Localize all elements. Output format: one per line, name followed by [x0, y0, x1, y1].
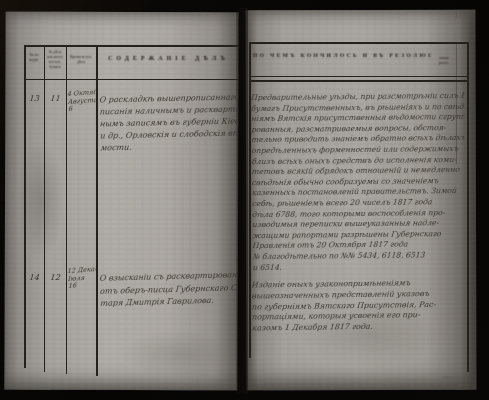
row2-date: 12 Декаб. Іюля 16 — [67, 266, 97, 290]
order-no-value: 13 — [25, 94, 43, 103]
corner-scribble: —⸺ — [442, 372, 459, 382]
book-gutter-shadow — [236, 8, 248, 394]
right-header-underline — [249, 76, 469, 77]
header-note-line: резол. — [432, 60, 456, 65]
right-header-underline-thick — [249, 80, 469, 82]
paper-texture — [4, 12, 238, 391]
row2-order-no: 14 — [26, 273, 43, 282]
column-header-case-no: № дѣла изъ коего поступ. бумага — [45, 49, 65, 69]
right-table-border-line — [467, 42, 469, 372]
row1-order-no: 13 — [26, 94, 43, 103]
column-header-order-no: № по журн. — [25, 52, 43, 62]
left-column-line — [96, 45, 98, 376]
column-header-date: Время вступ. дѣла — [67, 54, 95, 64]
entry1-resolution-text: Предварительные уѣзды, при разсмотрѣніи … — [251, 91, 466, 273]
entry2-resolution-text: Изданіе оныхъ узаконопримѣненіямъ вышеоз… — [252, 278, 466, 335]
left-column-line — [44, 45, 45, 372]
left-header-underline — [24, 79, 238, 80]
right-content-header: ПО ЧЕМЪ КОНЧИЛОСЬ И ВЪ РЕЗОЛЮЦІИ — [253, 53, 431, 59]
column-header-line: дѣла — [67, 59, 95, 64]
right-table-top-border — [249, 42, 469, 44]
row1-date: 4 Октяб. Августа 6 — [67, 89, 97, 113]
scanned-book-spread: № по журн. № дѣла изъ коего поступ. бума… — [0, 0, 489, 400]
right-header-note: какая резол. — [432, 55, 456, 65]
row1-case-summary: О раскладкѣ вышепрописаннаго рас- писані… — [99, 92, 237, 155]
left-page — [4, 12, 238, 391]
handwritten-line: и 6514. — [252, 260, 466, 273]
row1-case-no: 11 — [46, 94, 65, 103]
folio-number: 10 — [454, 11, 464, 20]
row2-case-no: 12 — [46, 273, 65, 282]
right-table-border-line — [249, 42, 251, 358]
column-header-line: бумага — [45, 64, 65, 69]
left-table-top-border — [24, 45, 238, 47]
case-no-value: 12 — [45, 273, 65, 282]
left-content-header: СОДЕРЖАНІЕ ДѢЛЪ — [100, 56, 237, 62]
case-no-value: 11 — [45, 94, 65, 103]
column-header-line: журн. — [25, 57, 43, 62]
order-no-value: 14 — [25, 273, 43, 282]
row2-case-summary: О взысканіи съ расквартированныхъ отъ об… — [100, 269, 238, 310]
